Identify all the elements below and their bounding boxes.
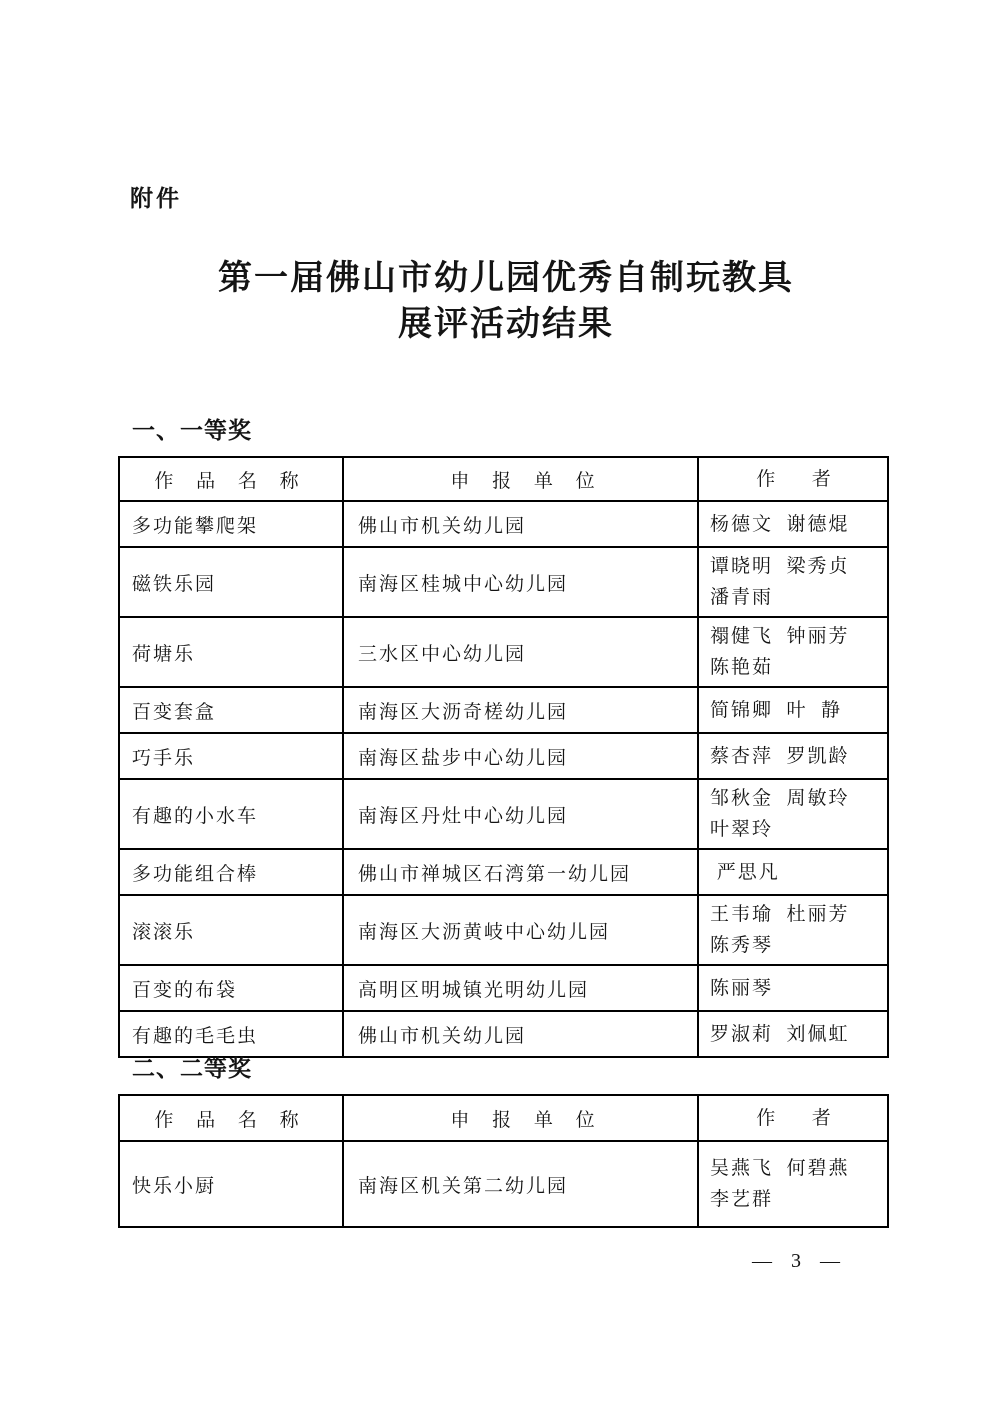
authors-cell: 谭晓明 梁秀贞 潘青雨 — [698, 547, 888, 617]
authors-cell: 吴燕飞 何碧燕 李艺群 — [698, 1141, 888, 1227]
authors-cell: 蔡杏萍 罗凯龄 — [698, 733, 888, 779]
unit-cell: 南海区桂城中心幼儿园 — [343, 547, 698, 617]
work-name-cell: 荷塘乐 — [119, 617, 343, 687]
work-name-cell: 百变套盒 — [119, 687, 343, 733]
unit-cell: 南海区盐步中心幼儿园 — [343, 733, 698, 779]
work-name-cell: 多功能攀爬架 — [119, 501, 343, 547]
authors-cell: 杨德文 谢德焜 — [698, 501, 888, 547]
author-header: 作 者 — [698, 1095, 888, 1141]
authors-cell: 邹秋金 周敏玲 叶翠玲 — [698, 779, 888, 849]
section-first-prize: 一、一等奖 作 品 名 称 申 报 单 位 作 者 多功能攀爬架佛山市机关幼儿园… — [118, 412, 889, 1058]
unit-cell: 南海区大沥黄岐中心幼儿园 — [343, 895, 698, 965]
document-title-line-1: 第一届佛山市幼儿园优秀自制玩教具 — [20, 256, 992, 302]
table-header-row: 作 品 名 称 申 报 单 位 作 者 — [119, 457, 888, 501]
authors-cell: 严思凡 — [698, 849, 888, 895]
unit-cell: 三水区中心幼儿园 — [343, 617, 698, 687]
table-body: 快乐小厨南海区机关第二幼儿园吴燕飞 何碧燕 李艺群 — [119, 1141, 888, 1227]
table-row: 百变的布袋高明区明城镇光明幼儿园陈丽琴 — [119, 965, 888, 1011]
authors-cell: 陈丽琴 — [698, 965, 888, 1011]
unit-cell: 南海区丹灶中心幼儿园 — [343, 779, 698, 849]
awards-table: 作 品 名 称 申 报 单 位 作 者 多功能攀爬架佛山市机关幼儿园杨德文 谢德… — [118, 456, 889, 1058]
table-row: 磁铁乐园南海区桂城中心幼儿园谭晓明 梁秀贞 潘青雨 — [119, 547, 888, 617]
work-name-cell: 多功能组合棒 — [119, 849, 343, 895]
table-row: 巧手乐南海区盐步中心幼儿园蔡杏萍 罗凯龄 — [119, 733, 888, 779]
work-name-cell: 磁铁乐园 — [119, 547, 343, 617]
unit-cell: 高明区明城镇光明幼儿园 — [343, 965, 698, 1011]
unit-cell: 佛山市机关幼儿园 — [343, 501, 698, 547]
authors-cell: 简锦卿 叶 静 — [698, 687, 888, 733]
work-name-cell: 快乐小厨 — [119, 1141, 343, 1227]
work-name-cell: 滚滚乐 — [119, 895, 343, 965]
table-row: 百变套盒南海区大沥奇槎幼儿园简锦卿 叶 静 — [119, 687, 888, 733]
table-row: 多功能攀爬架佛山市机关幼儿园杨德文 谢德焜 — [119, 501, 888, 547]
document-title: 第一届佛山市幼儿园优秀自制玩教具 展评活动结果 — [0, 256, 992, 348]
document-page: 附件 第一届佛山市幼儿园优秀自制玩教具 展评活动结果 一、一等奖 作 品 名 称… — [0, 0, 992, 1403]
unit-cell: 佛山市禅城区石湾第一幼儿园 — [343, 849, 698, 895]
section-heading: 二、二等奖 — [132, 1050, 889, 1083]
authors-cell: 禤健飞 钟丽芳 陈艳茹 — [698, 617, 888, 687]
author-header: 作 者 — [698, 457, 888, 501]
work-name-header: 作 品 名 称 — [119, 1095, 343, 1141]
work-name-header: 作 品 名 称 — [119, 457, 343, 501]
unit-header: 申 报 单 位 — [343, 457, 698, 501]
attachment-label: 附件 — [130, 180, 182, 213]
work-name-cell: 有趣的小水车 — [119, 779, 343, 849]
table-row: 有趣的小水车南海区丹灶中心幼儿园邹秋金 周敏玲 叶翠玲 — [119, 779, 888, 849]
awards-table: 作 品 名 称 申 报 单 位 作 者 快乐小厨南海区机关第二幼儿园吴燕飞 何碧… — [118, 1094, 889, 1228]
table-row: 多功能组合棒佛山市禅城区石湾第一幼儿园 严思凡 — [119, 849, 888, 895]
table-row: 快乐小厨南海区机关第二幼儿园吴燕飞 何碧燕 李艺群 — [119, 1141, 888, 1227]
table-body: 多功能攀爬架佛山市机关幼儿园杨德文 谢德焜磁铁乐园南海区桂城中心幼儿园谭晓明 梁… — [119, 501, 888, 1057]
table-row: 滚滚乐南海区大沥黄岐中心幼儿园王韦瑜 杜丽芳 陈秀琴 — [119, 895, 888, 965]
unit-header: 申 报 单 位 — [343, 1095, 698, 1141]
document-title-line-2: 展评活动结果 — [20, 302, 992, 348]
work-name-cell: 百变的布袋 — [119, 965, 343, 1011]
authors-cell: 王韦瑜 杜丽芳 陈秀琴 — [698, 895, 888, 965]
page-number: — 3 — — [752, 1250, 847, 1273]
table-header-row: 作 品 名 称 申 报 单 位 作 者 — [119, 1095, 888, 1141]
unit-cell: 南海区大沥奇槎幼儿园 — [343, 687, 698, 733]
table-row: 荷塘乐三水区中心幼儿园禤健飞 钟丽芳 陈艳茹 — [119, 617, 888, 687]
unit-cell: 南海区机关第二幼儿园 — [343, 1141, 698, 1227]
section-second-prize: 二、二等奖 作 品 名 称 申 报 单 位 作 者 快乐小厨南海区机关第二幼儿园… — [118, 1050, 889, 1228]
section-heading: 一、一等奖 — [132, 412, 889, 445]
work-name-cell: 巧手乐 — [119, 733, 343, 779]
